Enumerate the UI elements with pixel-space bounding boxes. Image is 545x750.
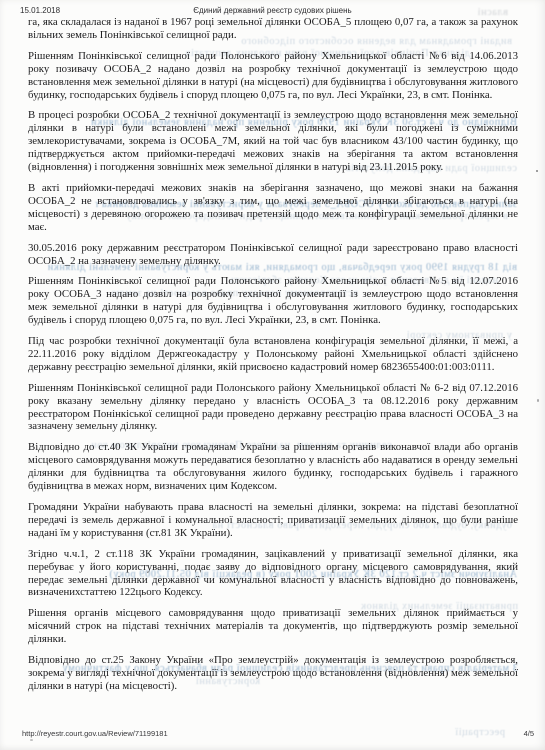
paragraph: Рішенням Понінківської селищної ради Пол… bbox=[28, 275, 518, 327]
paragraph: Громадяни України набувають права власно… bbox=[28, 501, 518, 540]
source-url: http://reyestr.court.gov.ua/Review/71199… bbox=[22, 729, 168, 738]
print-footer: http://reyestr.court.gov.ua/Review/71199… bbox=[22, 729, 534, 738]
scan-speck bbox=[537, 399, 539, 402]
paragraph: Відповідно до ст.25 Закону України «Про … bbox=[28, 654, 518, 693]
paragraph: В процесі розробки ОСОБА_2 технічної док… bbox=[28, 109, 518, 174]
judgment-text: га, яка складалася із наданої в 1967 роц… bbox=[28, 16, 518, 701]
paragraph: Рішенням Понінківської селищної ради Пол… bbox=[28, 382, 518, 434]
paragraph: Рішенням Понінківської селищної ради Пол… bbox=[28, 50, 518, 102]
paragraph: Згідно ч.ч.1, 2 ст.118 ЗК України громад… bbox=[28, 548, 518, 600]
paragraph: га, яка складалася із наданої в 1967 роц… bbox=[28, 16, 518, 42]
paragraph: 30.05.2016 року державним реєстратором П… bbox=[28, 242, 518, 268]
page-indicator: 4/5 bbox=[524, 729, 534, 738]
scan-speck bbox=[536, 170, 538, 172]
scan-speck bbox=[30, 739, 33, 741]
scanned-court-document-page: 15.01.2018 Єдиний державний реєстр судов… bbox=[0, 0, 545, 750]
paragraph: Рішення органів місцевого самоврядування… bbox=[28, 607, 518, 646]
paragraph: Відповідно до ст.40 ЗК України громадяна… bbox=[28, 441, 518, 493]
scan-speck bbox=[421, 116, 423, 118]
paragraph: Під час розробки технічної документації … bbox=[28, 335, 518, 374]
paragraph: В акті прийомки-передачі межових знаків … bbox=[28, 182, 518, 234]
